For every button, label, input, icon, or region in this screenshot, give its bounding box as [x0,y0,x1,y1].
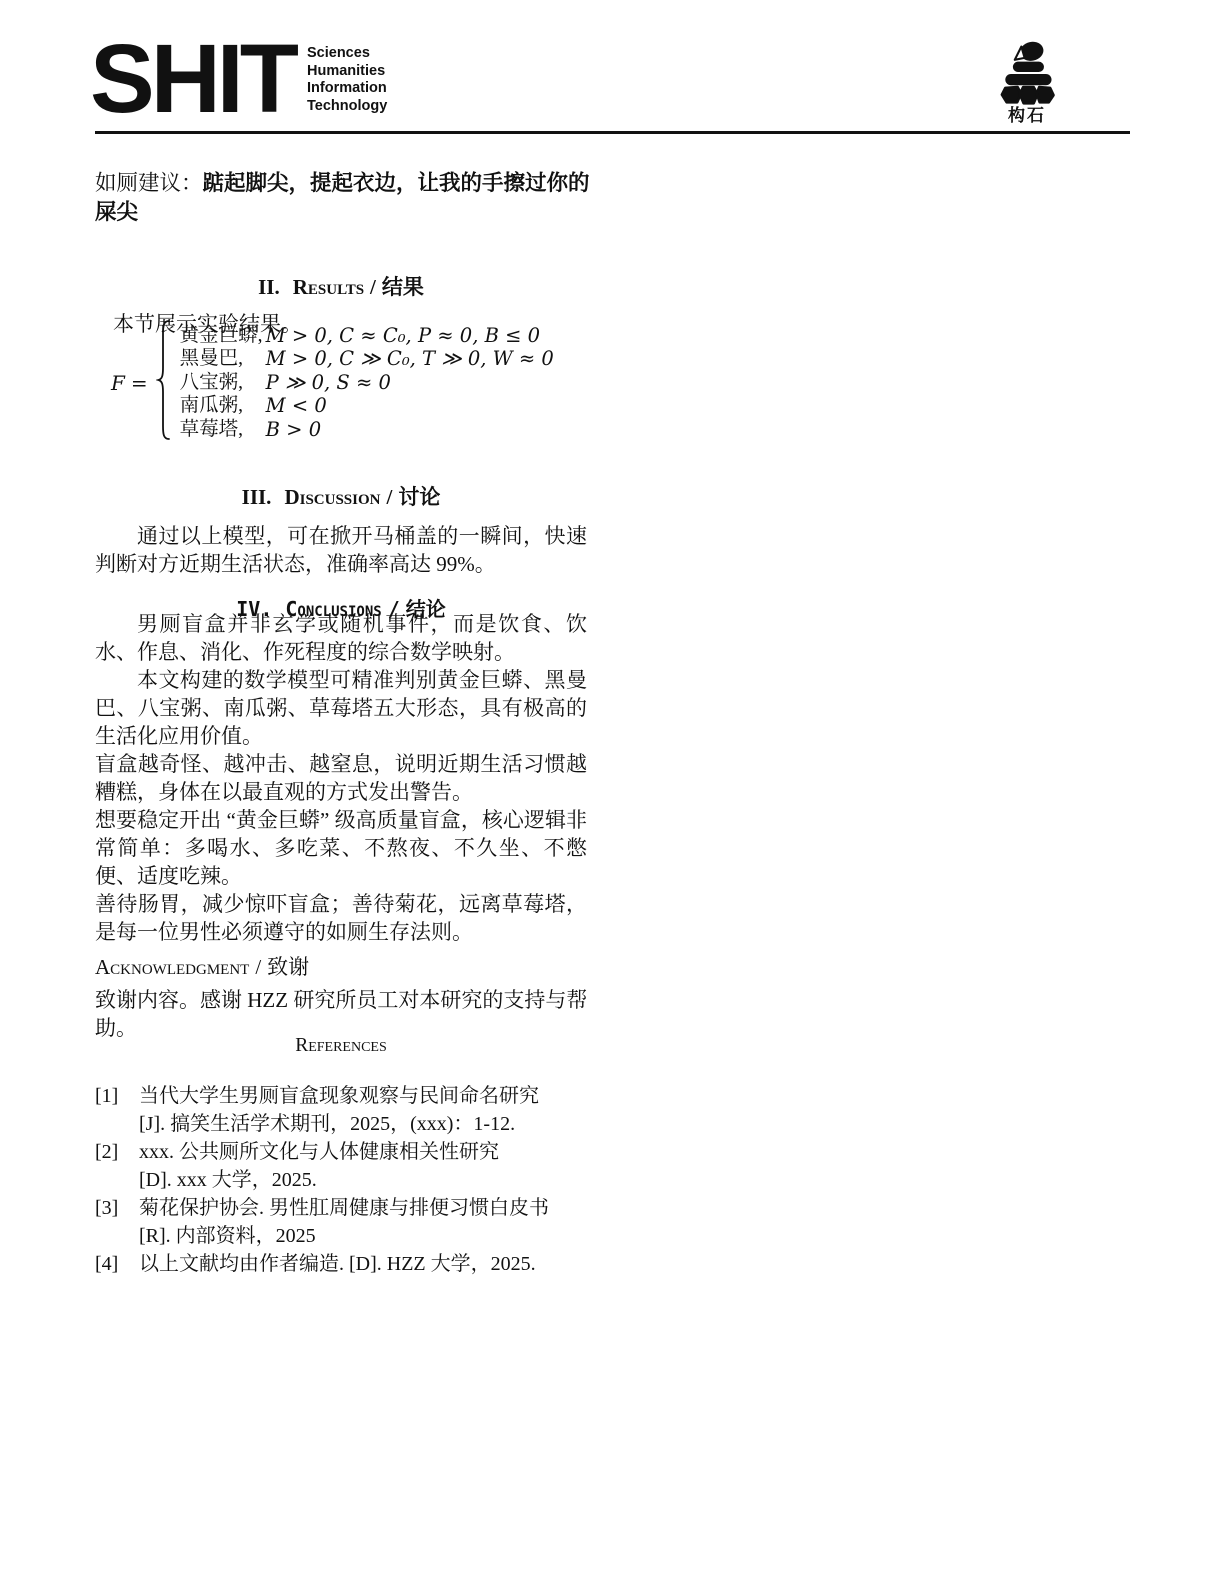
acknowledgment-paragraph: 致谢内容。感谢 HZZ 研究所员工对本研究的支持与帮助。 [95,986,600,1042]
case-condition: M < 0 [266,394,327,418]
section-title-en: Acknowledgment [95,955,249,979]
reference-text: xxx. 公共厕所文化与人体健康相关性研究 [D]. xxx 大学，2025. [139,1138,600,1194]
reference-line: 以上文献均由作者编造. [D]. HZZ 大学，2025. [139,1250,600,1278]
section-separator: / [386,485,392,509]
rock-pile-icon [991,40,1063,106]
case-condition: P ≫ 0, S ≈ 0 [266,371,391,395]
case-name: 南瓜粥, [180,394,266,418]
conclusions-paragraph: 本文构建的数学模型可精准判别黄金巨蟒、黑曼巴、八宝粥、南瓜粥、草莓塔五大形态，具… [95,666,587,750]
case-name: 八宝粥, [180,371,266,395]
formula-variable: F [111,371,125,395]
conclusions-paragraph: 盲盒越奇怪、越冲击、越窒息，说明近期生活习惯越糟糕，身体在以最直观的方式发出警告… [95,750,587,806]
reference-item: [3] 菊花保护协会. 男性肛周健康与排便习惯白皮书 [R]. 内部资料，202… [95,1194,600,1250]
section-number: III. [242,485,272,509]
formula-case-row: 草莓塔, B > 0 [180,418,554,442]
formula-cases: 黄金巨蟒, M > 0, C ≈ C₀, P ≈ 0, B ≤ 0 黑曼巴, M… [180,324,554,442]
reference-item: [2] xxx. 公共厕所文化与人体健康相关性研究 [D]. xxx 大学，20… [95,1138,600,1194]
formula-case-row: 黑曼巴, M > 0, C ≫ C₀, T ≫ 0, W ≈ 0 [180,347,554,371]
conclusions-paragraph: 想要稳定开出 “黄金巨蟒” 级高质量盲盒，核心逻辑非常简单：多喝水、多吃菜、不熬… [95,806,587,890]
header-rule [95,131,1130,134]
conclusions-paragraph: 善待肠胃，减少惊吓盲盒；善待菊花，远离草莓塔，是每一位男性必须遵守的如厕生存法则… [95,890,587,946]
reference-marker: [1] [95,1082,139,1138]
section-title-zh: 讨论 [398,485,440,509]
formula-lhs: F= [111,371,156,395]
section-heading-discussion: III.Discussion/讨论 [95,484,587,510]
tagline-word: Sciences [307,45,387,63]
reference-text: 当代大学生男厕盲盒现象观察与民间命名研究 [J]. 搞笑生活学术期刊，2025，… [139,1082,600,1138]
shit-logo: SHIT [90,30,295,127]
toilet-advice: 如厕建议：踮起脚尖，提起衣边，让我的手擦过你的屎尖 [95,169,597,227]
reference-line: xxx. 公共厕所文化与人体健康相关性研究 [139,1138,600,1166]
badge-label: 构石 [991,106,1063,126]
reference-line: [J]. 搞笑生活学术期刊，2025，(xxx)：1-12. [139,1110,600,1138]
formula-case-row: 八宝粥, P ≫ 0, S ≈ 0 [180,371,554,395]
references-heading: References [95,1035,587,1057]
discussion-paragraph: 通过以上模型，可在掀开马桶盖的一瞬间，快速判断对方近期生活状态，准确率高达 99… [95,522,587,578]
goushi-badge: 构石 [991,40,1063,126]
paper-page: SHIT Sciences Humanities Information Tec… [0,0,1224,1584]
reference-item: [4] 以上文献均由作者编造. [D]. HZZ 大学，2025. [95,1250,600,1278]
reference-text: 以上文献均由作者编造. [D]. HZZ 大学，2025. [139,1250,600,1278]
reference-marker: [3] [95,1194,139,1250]
reference-line: 当代大学生男厕盲盒现象观察与民间命名研究 [139,1082,600,1110]
reference-text: 菊花保护协会. 男性肛周健康与排便习惯白皮书 [R]. 内部资料，2025 [139,1194,600,1250]
section-number: II. [258,275,280,299]
acknowledgment-heading: Acknowledgment/致谢 [95,951,309,981]
case-condition: M > 0, C ≈ C₀, P ≈ 0, B ≤ 0 [266,324,540,348]
reference-item: [1] 当代大学生男厕盲盒现象观察与民间命名研究 [J]. 搞笑生活学术期刊，2… [95,1082,600,1138]
reference-line: [R]. 内部资料，2025 [139,1222,600,1250]
section-title-en: Discussion [284,485,380,509]
case-name: 黑曼巴, [180,347,266,371]
reference-line: [D]. xxx 大学，2025. [139,1166,600,1194]
tagline-word: Information [307,80,387,98]
case-name: 草莓塔, [180,418,266,442]
section-heading-results: II.Results/结果 [95,274,587,300]
case-condition: B > 0 [266,418,321,442]
section-separator: / [255,955,261,979]
tagline-word: Technology [307,98,387,116]
case-name: 黄金巨蟒, [180,324,266,348]
reference-marker: [4] [95,1250,139,1278]
section-title-en: Results [293,275,364,299]
piecewise-formula: F= 黄金巨蟒, M > 0, C ≈ C₀, P ≈ 0, B ≤ 0 黑曼巴… [111,318,554,447]
section-title-zh: 结果 [382,275,424,299]
conclusions-body: 男厕盲盒并非玄学或随机事件，而是饮食、饮水、作息、消化、作死程度的综合数学映射。… [95,610,587,946]
reference-marker: [2] [95,1138,139,1194]
references-list: [1] 当代大学生男厕盲盒现象观察与民间命名研究 [J]. 搞笑生活学术期刊，2… [95,1082,600,1278]
conclusions-paragraph: 男厕盲盒并非玄学或随机事件，而是饮食、饮水、作息、消化、作死程度的综合数学映射。 [95,610,587,666]
case-condition: M > 0, C ≫ C₀, T ≫ 0, W ≈ 0 [266,347,554,371]
logo-tagline: Sciences Humanities Information Technolo… [307,45,387,115]
left-brace-icon [156,318,172,447]
formula-case-row: 黄金巨蟒, M > 0, C ≈ C₀, P ≈ 0, B ≤ 0 [180,324,554,348]
reference-line: 菊花保护协会. 男性肛周健康与排便习惯白皮书 [139,1194,600,1222]
advice-label: 如厕建议： [95,171,203,195]
section-title-zh: 致谢 [267,955,309,979]
tagline-word: Humanities [307,63,387,81]
formula-equals: = [131,371,148,395]
section-separator: / [370,275,376,299]
formula-case-row: 南瓜粥, M < 0 [180,394,554,418]
